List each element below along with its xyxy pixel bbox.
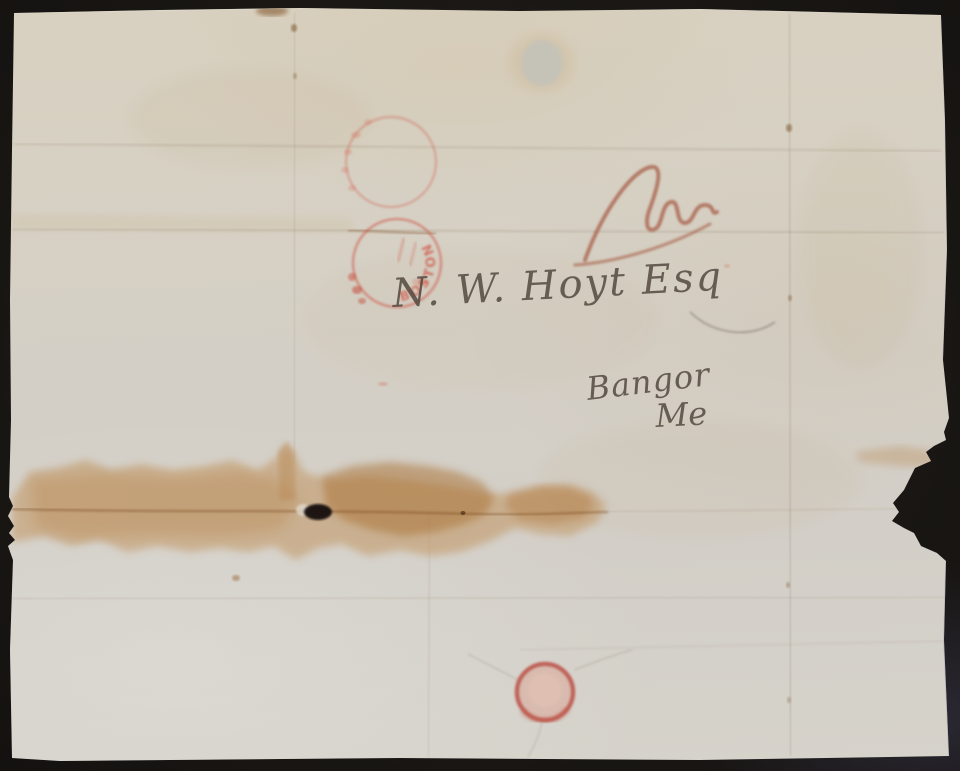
wax-seal (468, 650, 632, 757)
postmark-smudge (348, 185, 356, 191)
speck (786, 582, 790, 588)
postmark-smudge (358, 298, 366, 304)
toning-patch (800, 130, 920, 370)
photo-background: BOSTON N. W. Hoyt Esq Bangor Me (0, 0, 960, 771)
edge-highlight-right (944, 562, 949, 755)
postmark-smudge (348, 273, 356, 281)
rate-mark-stroke (585, 167, 717, 260)
wax-seal-center (528, 673, 562, 707)
red-speck (378, 382, 388, 386)
postmark-smudge (364, 119, 372, 125)
postmark-smudge (352, 286, 362, 294)
wax-residue-blob (521, 40, 563, 86)
top-edge-stain (256, 6, 288, 16)
wax-residue (510, 34, 574, 92)
address-state: Me (653, 394, 708, 435)
paper-hole (304, 504, 332, 520)
toning-patch (130, 70, 370, 170)
fold-line-crease (520, 641, 947, 650)
postmark-smudge (341, 167, 349, 173)
fold-line-horizontal-lower (12, 597, 947, 599)
red-speck (724, 264, 730, 268)
postmark-smudge (351, 132, 361, 138)
edge-highlight-right-upper (941, 15, 947, 360)
pen-flourish (690, 312, 775, 332)
speck (461, 511, 466, 515)
speck (293, 73, 297, 79)
rate-mark (575, 167, 717, 265)
seal-crease (574, 650, 632, 670)
water-stain-tear-side (855, 446, 940, 468)
speck (788, 295, 792, 301)
speck (786, 124, 792, 132)
speck (787, 697, 791, 703)
postmark-upper-ring (346, 117, 436, 207)
postmark-smudge (344, 149, 352, 155)
seal-crease (528, 722, 542, 757)
marks-overlay: BOSTON N. W. Hoyt Esq Bangor Me (0, 0, 960, 771)
seal-crease (468, 654, 518, 680)
water-stain-left (30, 472, 300, 538)
speck (232, 575, 240, 581)
edge-highlight-top (14, 8, 941, 15)
speck (291, 24, 297, 32)
water-stain-spike (278, 441, 296, 500)
